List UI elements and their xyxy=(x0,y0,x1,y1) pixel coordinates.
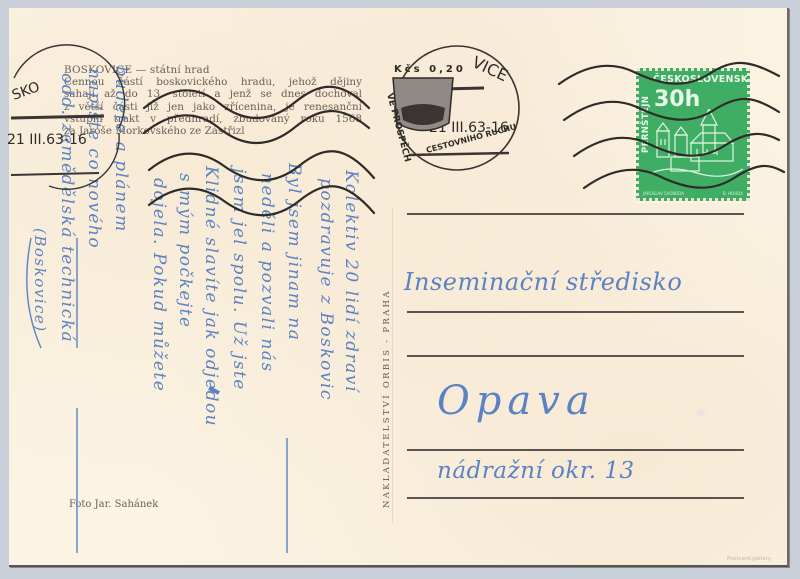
meter-slogan: VE PROSPĚCH xyxy=(384,92,414,163)
photo-credit: Foto Jar. Sahánek xyxy=(69,499,158,510)
message-line: (Boskovice) xyxy=(31,228,49,333)
postmark-left-date: 21 III.63-16 xyxy=(7,132,87,148)
svg-text:SKO: SKO xyxy=(10,79,42,104)
message-line: s mým počkejte xyxy=(175,173,195,329)
stamp-designer: JAROSLAV SVOBODA xyxy=(643,191,684,196)
divider-line xyxy=(392,208,393,523)
watermark: Postcard.gallery xyxy=(727,556,771,562)
caption-line: Cennou částí boskovického hradu, jehož d… xyxy=(64,76,362,88)
address-rule xyxy=(407,311,744,313)
stamp-country: ČESKOSLOVENSKO xyxy=(653,74,750,85)
message-line: dojela. Pokud můžete xyxy=(149,178,169,392)
message-line: budete a plánem xyxy=(111,66,131,233)
caption-title: BOSKOVICE — státní hrad xyxy=(64,64,362,76)
caption-line: z větší části již jen jako zřícenina, je… xyxy=(64,101,362,113)
address-line-3: Opava xyxy=(437,378,596,424)
address-rule xyxy=(407,497,744,499)
caption-line: sahají až do 13. století a jenž se dnes … xyxy=(64,88,362,100)
address-rule xyxy=(407,355,744,357)
svg-text:VICE: VICE xyxy=(469,52,511,85)
message-line: jsem jel spolu. Už jste xyxy=(229,168,249,391)
message-line: Byl jsem jinam na xyxy=(284,163,304,341)
stamp-place: PERNŠTEJN xyxy=(641,96,651,153)
address-line-4: nádražní okr. 13 xyxy=(437,458,635,484)
message-line: odd. zemědělská technická xyxy=(57,73,77,343)
message-line: napište co nového xyxy=(84,68,104,249)
message-line: Kolektiv 20 lidí zdraví xyxy=(341,170,361,393)
castle-illustration-icon xyxy=(651,109,743,181)
postcard: BOSKOVICE — státní hrad Cennou částí bos… xyxy=(9,8,789,567)
address-rule xyxy=(407,213,744,215)
caption-line: vstupní trakt v předhradí, zbudovaný rok… xyxy=(64,113,362,125)
message-line: Klidné slavíte jak odjedou xyxy=(201,166,221,427)
message-line: pozdravuje z Boskovic xyxy=(316,178,336,401)
message-line: neděli a pozvali nás xyxy=(257,173,277,373)
caption-line: za Jaroše Morkovského ze Zástřizl xyxy=(64,125,362,137)
postmark-center-date: 21 III.63-16 xyxy=(429,120,509,136)
publisher-imprint: NAKLADATELSTVÍ ORBIS - PRAHA xyxy=(382,289,392,508)
meter-value: Kčs 0,20 xyxy=(394,64,466,75)
stamp-engraver: B. HOUDA xyxy=(723,191,743,196)
address-rule xyxy=(407,449,744,451)
address-line-1: Inseminační středisko xyxy=(404,268,682,296)
postcard-caption: BOSKOVICE — státní hrad Cennou částí bos… xyxy=(64,64,362,137)
postage-stamp: ČESKOSLOVENSKO 30h PERNŠTEJN JAROSLAV SV… xyxy=(636,68,750,201)
